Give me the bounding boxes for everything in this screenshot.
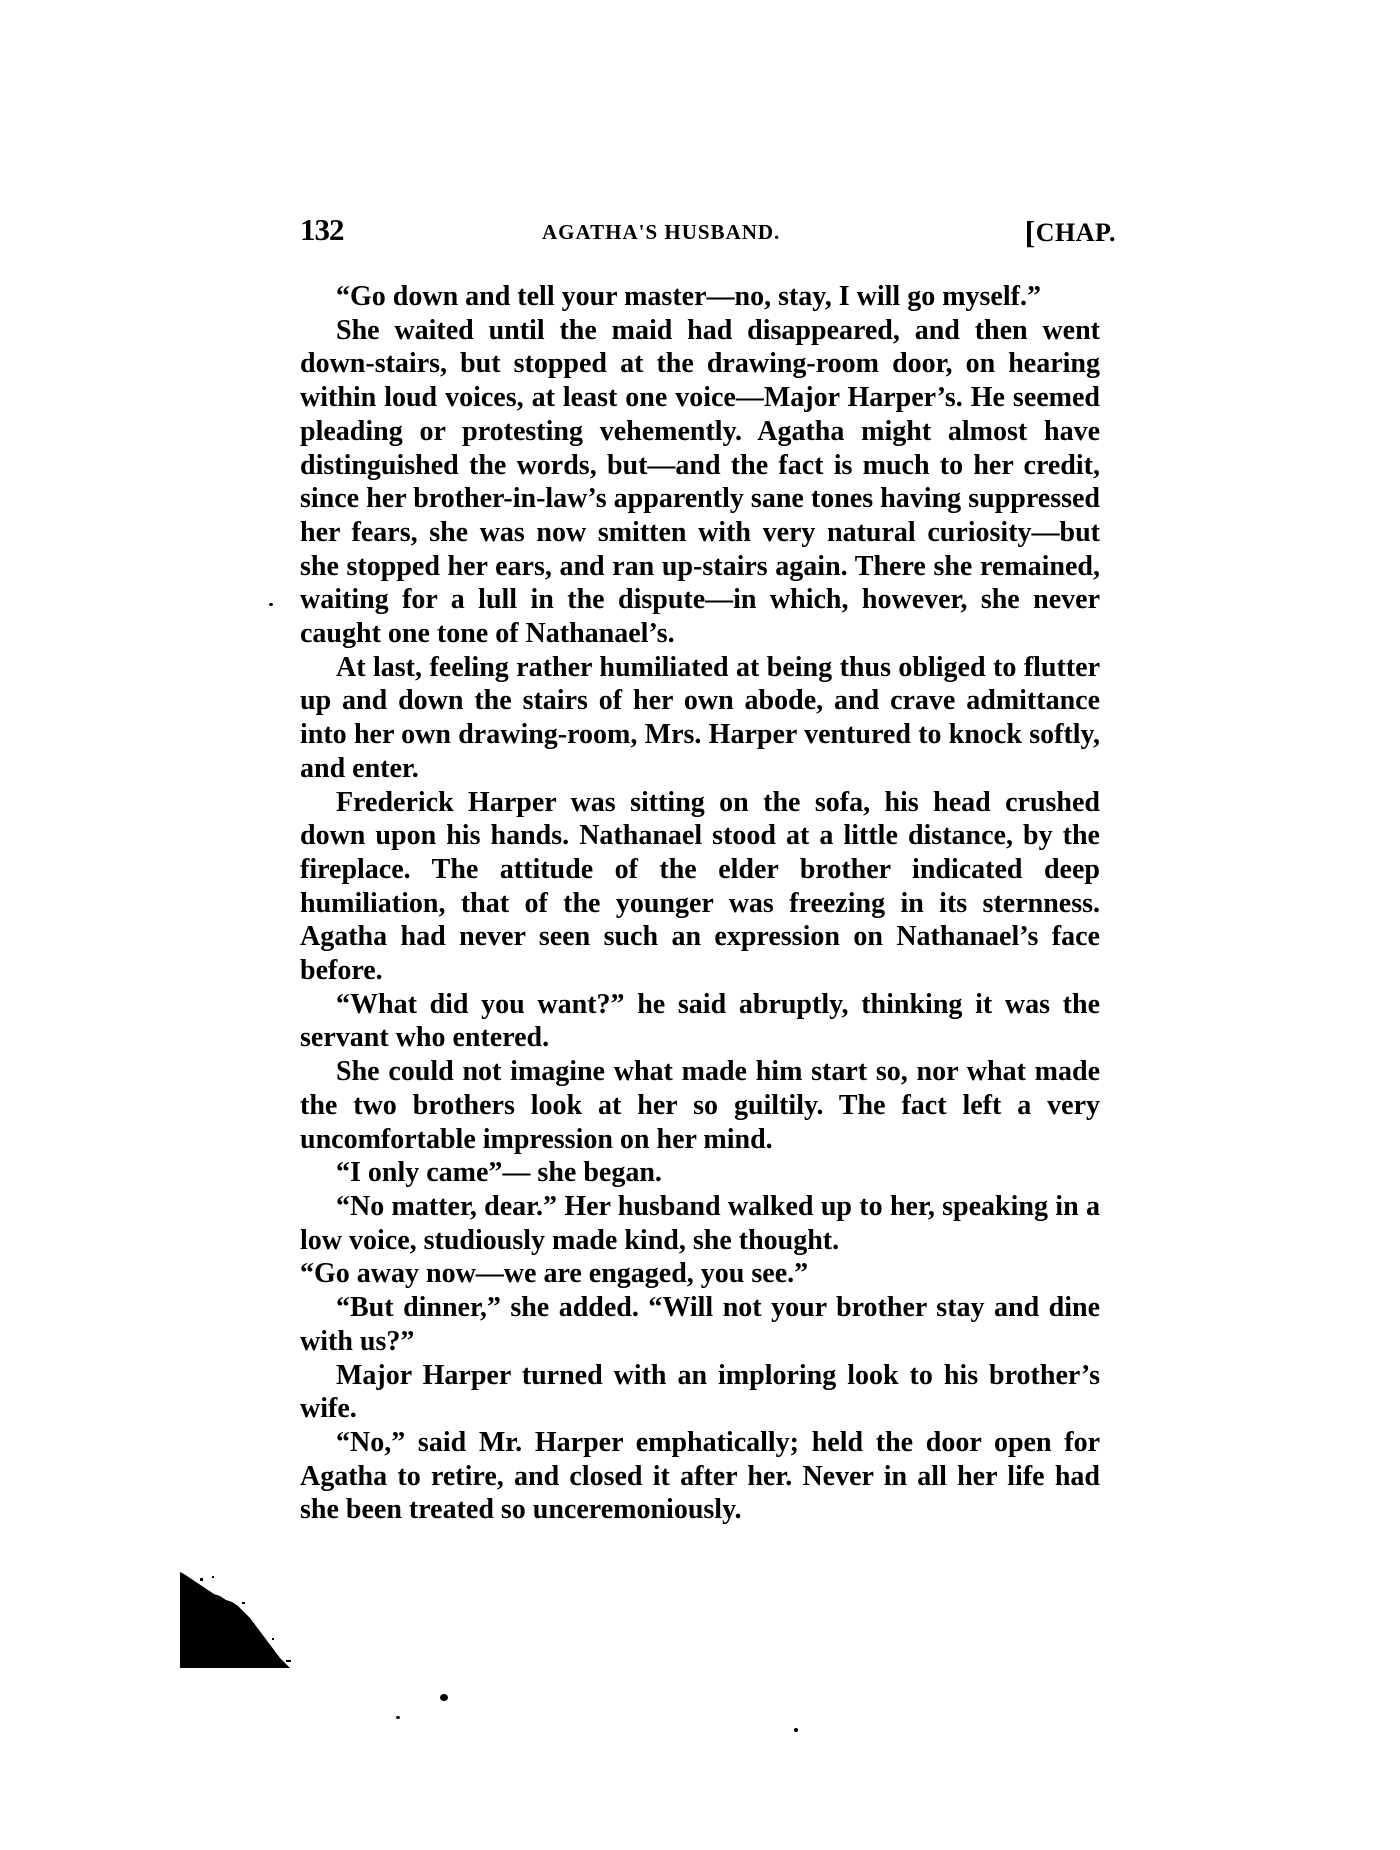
book-page: 132 AGATHA'S HUSBAND. [CHAP. “Go down an…: [0, 0, 1400, 1850]
scan-blot-artifact: [180, 1572, 292, 1668]
paragraph-continuation: “Go away now—we are engaged, you see.”: [300, 1257, 1100, 1291]
paragraph: “I only came”— she began.: [300, 1156, 1100, 1190]
page-number: 132: [300, 212, 344, 248]
paragraph: “Go down and tell your master—no, stay, …: [300, 280, 1100, 314]
scan-speck: [269, 603, 273, 606]
scan-speck: [396, 1716, 400, 1719]
paragraph: Frederick Harper was sitting on the sofa…: [300, 786, 1100, 988]
paragraph: At last, feeling rather humiliated at be…: [300, 651, 1100, 786]
chapter-mark: [CHAP.: [1025, 214, 1116, 251]
paragraph: “No matter, dear.” Her husband walked up…: [300, 1190, 1100, 1257]
chapter-bracket: [: [1025, 214, 1036, 250]
scan-speck: [794, 1728, 798, 1732]
paragraph: She waited until the maid had disappeare…: [300, 314, 1100, 651]
running-head: 132 AGATHA'S HUSBAND. [CHAP.: [300, 212, 1110, 252]
paragraph: She could not imagine what made him star…: [300, 1055, 1100, 1156]
chapter-label: CHAP.: [1036, 218, 1116, 247]
running-title: AGATHA'S HUSBAND.: [542, 220, 780, 245]
body-text: “Go down and tell your master—no, stay, …: [300, 280, 1100, 1527]
scan-speck: [440, 1694, 448, 1701]
paragraph: Major Harper turned with an imploring lo…: [300, 1359, 1100, 1426]
paragraph: “But dinner,” she added. “Will not your …: [300, 1291, 1100, 1358]
paragraph: “What did you want?” he said abruptly, t…: [300, 988, 1100, 1055]
paragraph: “No,” said Mr. Harper emphatically; held…: [300, 1426, 1100, 1527]
